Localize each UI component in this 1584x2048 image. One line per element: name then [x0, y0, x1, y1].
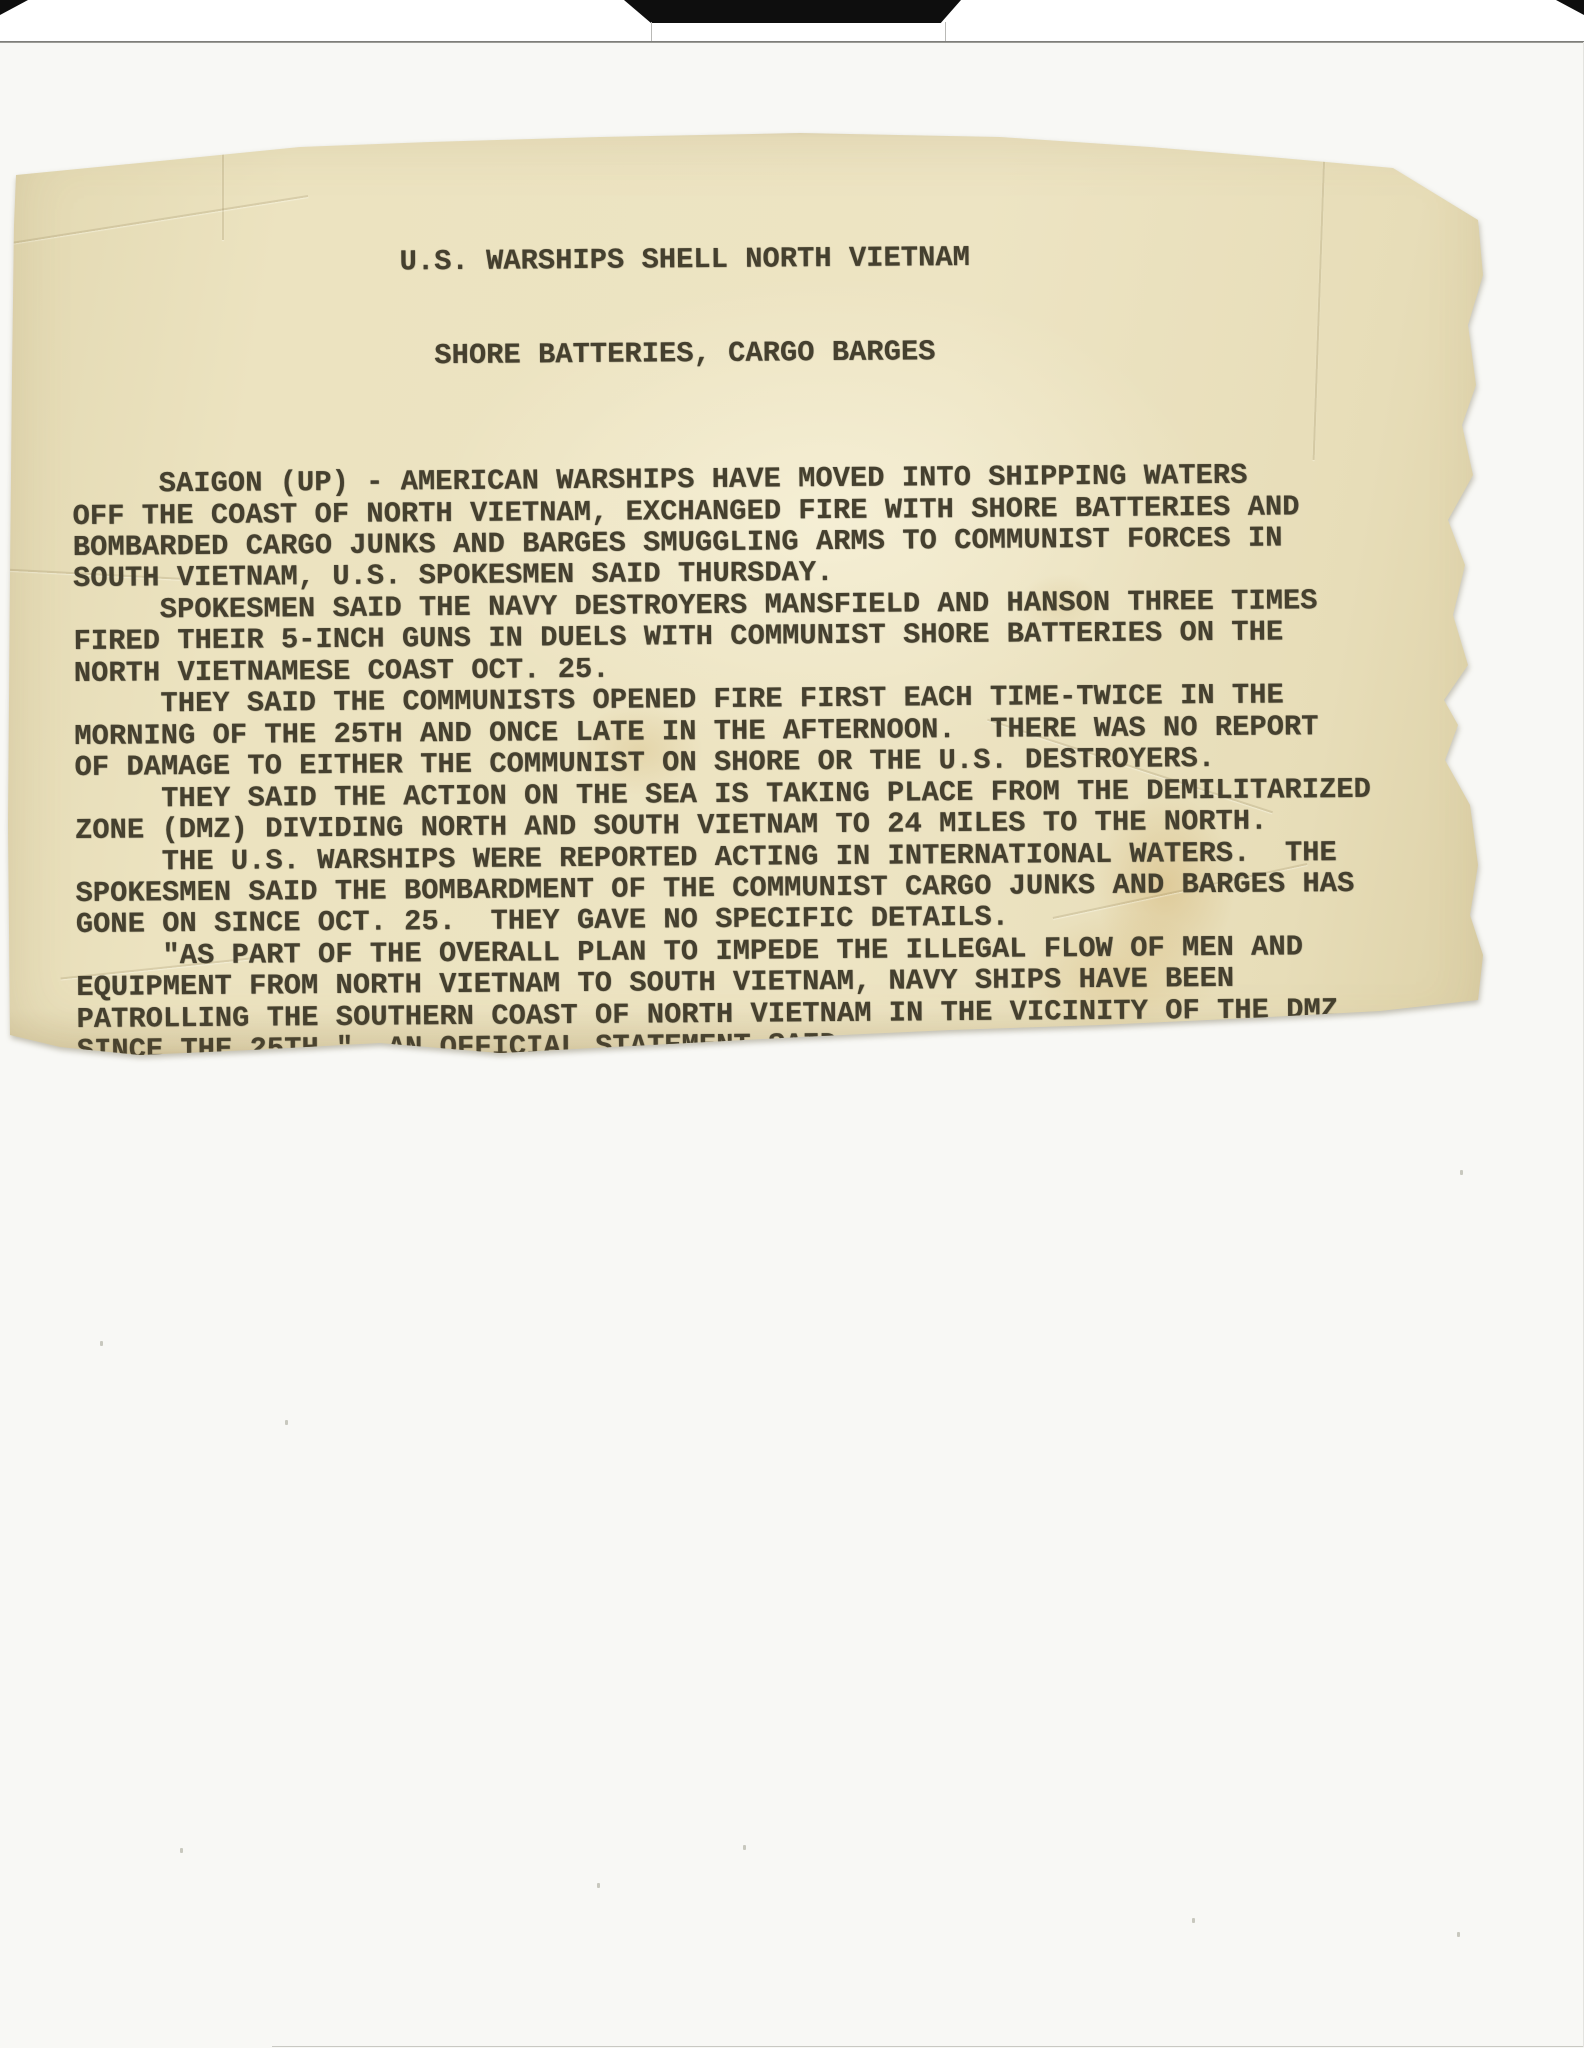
scanner-lid-edge-line — [651, 22, 652, 42]
scanner-bed-strip — [0, 0, 1584, 42]
scan-background: U.S. WARSHIPS SHELL NORTH VIETNAM SHORE … — [0, 0, 1584, 2048]
scanner-corner-artifact-left — [0, 0, 28, 15]
scan-bottom-edge-line — [272, 2046, 1584, 2047]
dust-speck — [597, 1883, 600, 1888]
dust-speck — [180, 1848, 183, 1853]
paper-surface: U.S. WARSHIPS SHELL NORTH VIETNAM SHORE … — [0, 125, 1500, 1055]
article-body: SAIGON (UP) - AMERICAN WARSHIPS HAVE MOV… — [72, 458, 1478, 1224]
news-clipping-paper: U.S. WARSHIPS SHELL NORTH VIETNAM SHORE … — [0, 125, 1500, 1055]
scanner-lid-artifact — [624, 0, 961, 23]
dust-speck — [100, 1341, 103, 1346]
scanner-corner-artifact-right — [1556, 0, 1584, 15]
dust-speck — [1457, 1932, 1460, 1937]
dust-speck — [743, 1845, 746, 1850]
dust-speck — [1192, 1918, 1195, 1923]
scanner-lid-edge-line — [945, 22, 946, 42]
headline-line-1: U.S. WARSHIPS SHELL NORTH VIETNAM — [399, 238, 1470, 278]
dust-speck — [285, 1420, 288, 1425]
scanner-seam-line — [0, 41, 1584, 43]
dust-speck — [1460, 1170, 1463, 1175]
headline-line-2: SHORE BATTERIES, CARGO BARGES — [434, 332, 1471, 372]
typed-text-block: U.S. WARSHIPS SHELL NORTH VIETNAM SHORE … — [70, 175, 1479, 1287]
